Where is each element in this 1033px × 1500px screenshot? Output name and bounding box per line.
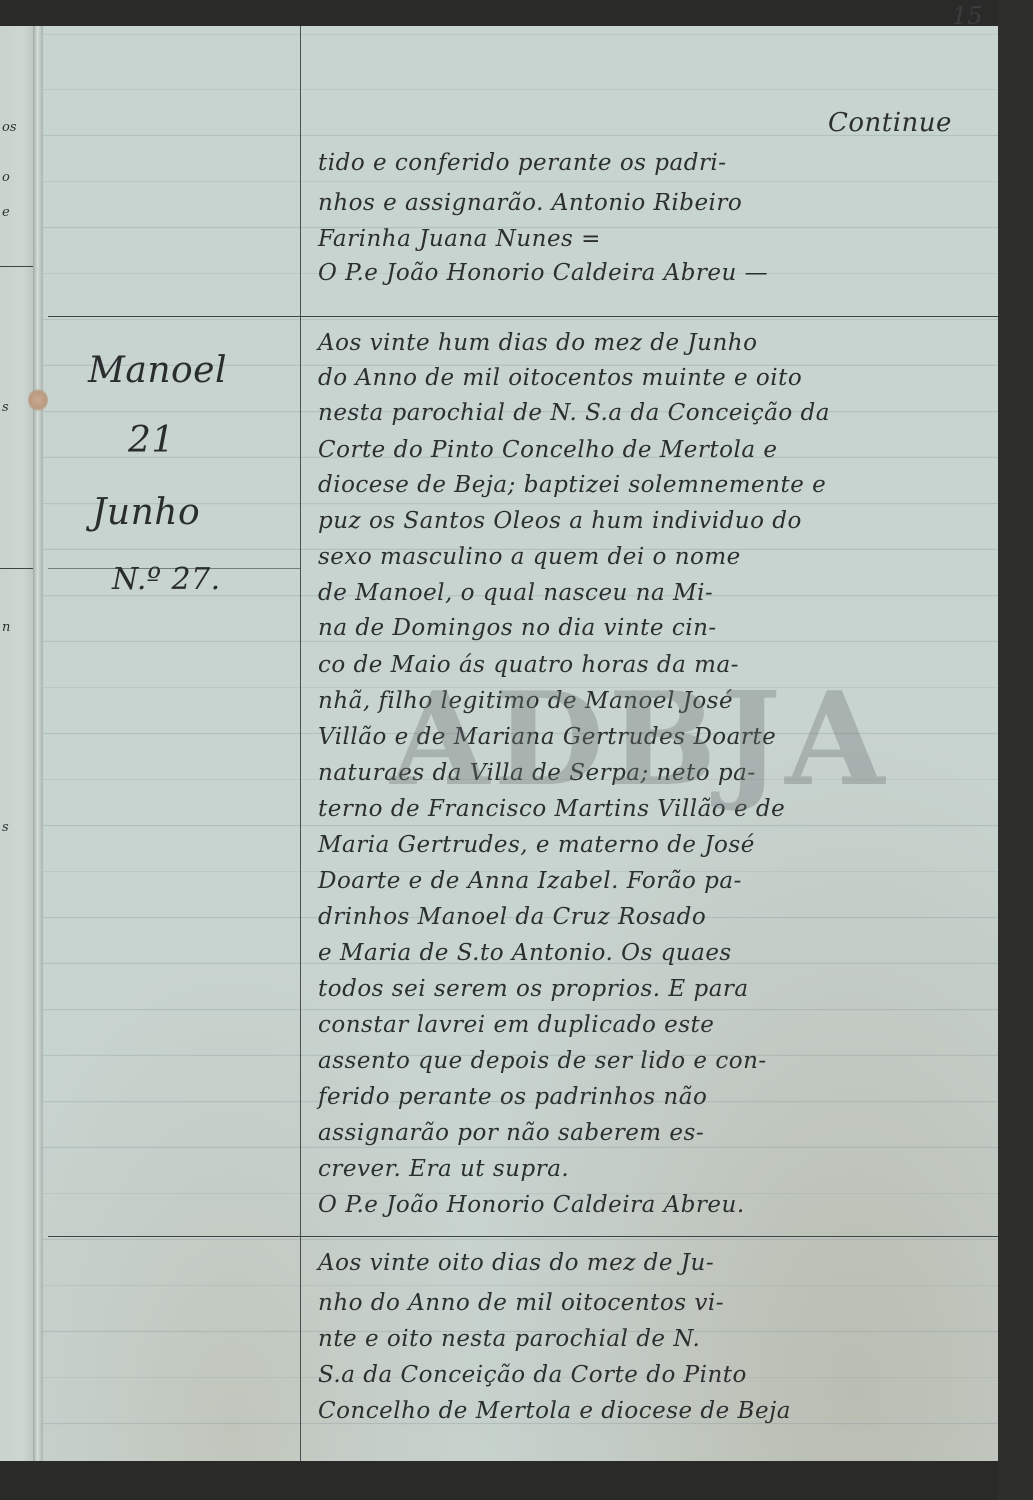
entry-line: Maria Gertrudes, e materno de José xyxy=(318,832,755,858)
entry-line: assento que depois de ser lido e con- xyxy=(318,1048,767,1074)
continuation-line: Farinha Juana Nunes = xyxy=(318,226,601,252)
entry-line: puz os Santos Oleos a hum individuo do xyxy=(318,508,802,534)
page-number: 15 xyxy=(952,2,983,30)
entry-line: do Anno de mil oitocentos muinte e oito xyxy=(318,365,802,391)
entry-line: na de Domingos no dia vinte cin- xyxy=(318,615,717,641)
entry-line: assignarão por não saberem es- xyxy=(318,1120,704,1146)
scan-border-bottom xyxy=(0,1461,1033,1500)
entry-line: de Manoel, o qual nasceu na Mi- xyxy=(318,580,713,606)
margin-column-rule xyxy=(300,26,301,1461)
facing-fragment: o xyxy=(2,170,10,185)
facing-fragment: e xyxy=(2,205,10,220)
margin-entry-number: N.º 27. xyxy=(112,562,221,597)
entry-line: Doarte e de Anna Izabel. Forão pa- xyxy=(318,868,742,894)
entry-line: crever. Era ut supra. xyxy=(318,1156,569,1182)
paper-stain xyxy=(28,388,48,412)
entry-line: constar lavrei em duplicado este xyxy=(318,1012,714,1038)
entry-line: Aos vinte oito dias do mez de Ju- xyxy=(318,1250,714,1276)
entry-line: Corte do Pinto Concelho de Mertola e xyxy=(318,437,778,463)
entry-line: S.a da Conceição da Corte do Pinto xyxy=(318,1362,747,1388)
facing-fragment: s xyxy=(2,400,9,415)
archive-watermark: ADBJA xyxy=(390,665,888,815)
facing-fragment: os xyxy=(2,120,17,135)
entry-line: nte e oito nesta parochial de N. xyxy=(318,1326,700,1352)
margin-month: Junho xyxy=(92,492,200,533)
margin-day: 21 xyxy=(128,420,175,461)
entry-line: sexo masculino a quem dei o nome xyxy=(318,544,741,570)
entry-line: Aos vinte hum dias do mez de Junho xyxy=(318,330,757,356)
entry-line: drinhos Manoel da Cruz Rosado xyxy=(318,904,706,930)
scan-border-right xyxy=(998,0,1033,1500)
entry-line: Concelho de Mertola e diocese de Beja xyxy=(318,1398,791,1424)
continuation-line: nhos e assignarão. Antonio Ribeiro xyxy=(318,190,742,216)
entry-line: e Maria de S.to Antonio. Os quaes xyxy=(318,940,732,966)
facing-fragment: n xyxy=(2,620,10,635)
entry-separator-rule xyxy=(48,1236,998,1237)
entry-line: todos sei serem os proprios. E para xyxy=(318,976,749,1002)
margin-baptized-name: Manoel xyxy=(88,350,227,391)
book-gutter xyxy=(33,26,43,1461)
facing-fragment: s xyxy=(2,820,9,835)
entry-line: nesta parochial de N. S.a da Conceição d… xyxy=(318,400,830,426)
continuation-line: tido e conferido perante os padri- xyxy=(318,150,727,176)
entry-separator-rule xyxy=(48,316,998,317)
entry-line: diocese de Beja; baptizei solemnemente e xyxy=(318,472,826,498)
continuation-heading: Continue xyxy=(828,108,952,138)
entry-line: ferido perante os padrinhos não xyxy=(318,1084,707,1110)
signature-line: O P.e João Honorio Caldeira Abreu. xyxy=(318,1192,745,1218)
signature-line: O P.e João Honorio Caldeira Abreu — xyxy=(318,260,768,286)
entry-line: nho do Anno de mil oitocentos vi- xyxy=(318,1290,724,1316)
